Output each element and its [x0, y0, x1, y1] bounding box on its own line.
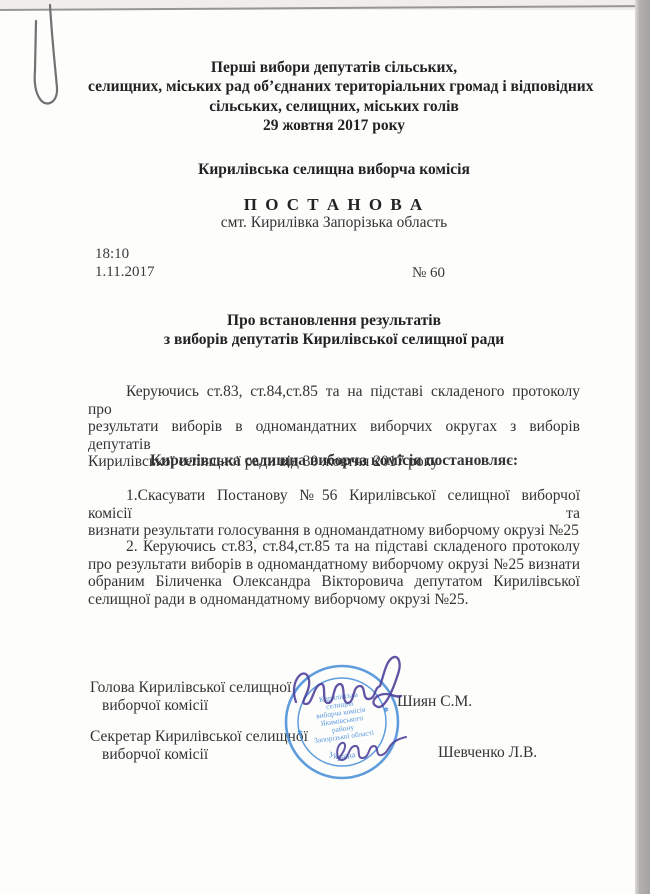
document-number: № 60	[412, 265, 445, 282]
item1-line: 1.Скасувати Постанову №56 Кирилівської с…	[88, 487, 580, 522]
chair-role-line-2: виборчої комісії	[102, 697, 208, 715]
secretary-role-line-1: Секретар Кирилівської селищної	[90, 728, 308, 746]
chair-role-line-1: Голова Кирилівської селищної	[90, 679, 291, 697]
place-line: смт. Кирилівка Запорізька область	[88, 214, 580, 232]
signatures-ink-overlay	[280, 650, 470, 790]
scanned-document-page: Перші вибори депутатів сільських, селищн…	[0, 0, 650, 894]
item2-line: селищної ради в одномандатному виборчому…	[88, 591, 580, 609]
paperclip-icon	[0, 0, 90, 120]
resolution-item-1: 1.Скасувати Постанову №56 Кирилівської с…	[88, 487, 580, 540]
document-header: Перші вибори депутатів сільських, селищн…	[88, 58, 580, 136]
header-title-line-2: селищних, міських рад об’єднаних територ…	[88, 77, 580, 96]
date-value: 1.11.2017	[95, 264, 154, 281]
header-title-line-4: 29 жовтня 2017 року	[88, 116, 580, 135]
item2-line: про результати виборів в одномандатному …	[88, 556, 580, 574]
intro-line: Керуючись ст.83, ст.84,ст.85 та на підст…	[88, 383, 580, 418]
scanner-strip	[635, 0, 650, 894]
commission-name: Кирилівська селищна виборча комісія	[88, 160, 580, 179]
resolution-heading: П О С Т А Н О В А	[88, 195, 580, 215]
intro-line: результати виборів в одномандатних вибор…	[88, 418, 580, 453]
header-title-line-1: Перші вибори депутатів сільських,	[88, 58, 580, 77]
subject-line-2: з виборів депутатів Кирилівської селищно…	[88, 331, 580, 350]
subject-title: Про встановлення результатів з виборів д…	[88, 312, 580, 349]
subject-line-1: Про встановлення результатів	[88, 312, 580, 331]
header-title-line-3: сільських, селищних, міських голів	[88, 97, 580, 116]
resolution-item-2: 2. Керуючись ст.83, ст.84,ст.85 та на пі…	[88, 538, 580, 608]
item1-line: визнати результати голосування в одноман…	[88, 522, 580, 540]
resolves-heading: Кирилівська селищна виборча комісія пост…	[88, 452, 580, 470]
secretary-signature	[337, 737, 406, 760]
item2-line: 2. Керуючись ст.83, ст.84,ст.85 та на пі…	[88, 538, 580, 556]
time-value: 18:10	[95, 246, 129, 263]
item2-line: обраним Біличенка Олександра Вікторовича…	[88, 573, 580, 591]
chair-signature	[294, 657, 401, 707]
secretary-role-line-2: виборчої комісії	[102, 746, 208, 764]
